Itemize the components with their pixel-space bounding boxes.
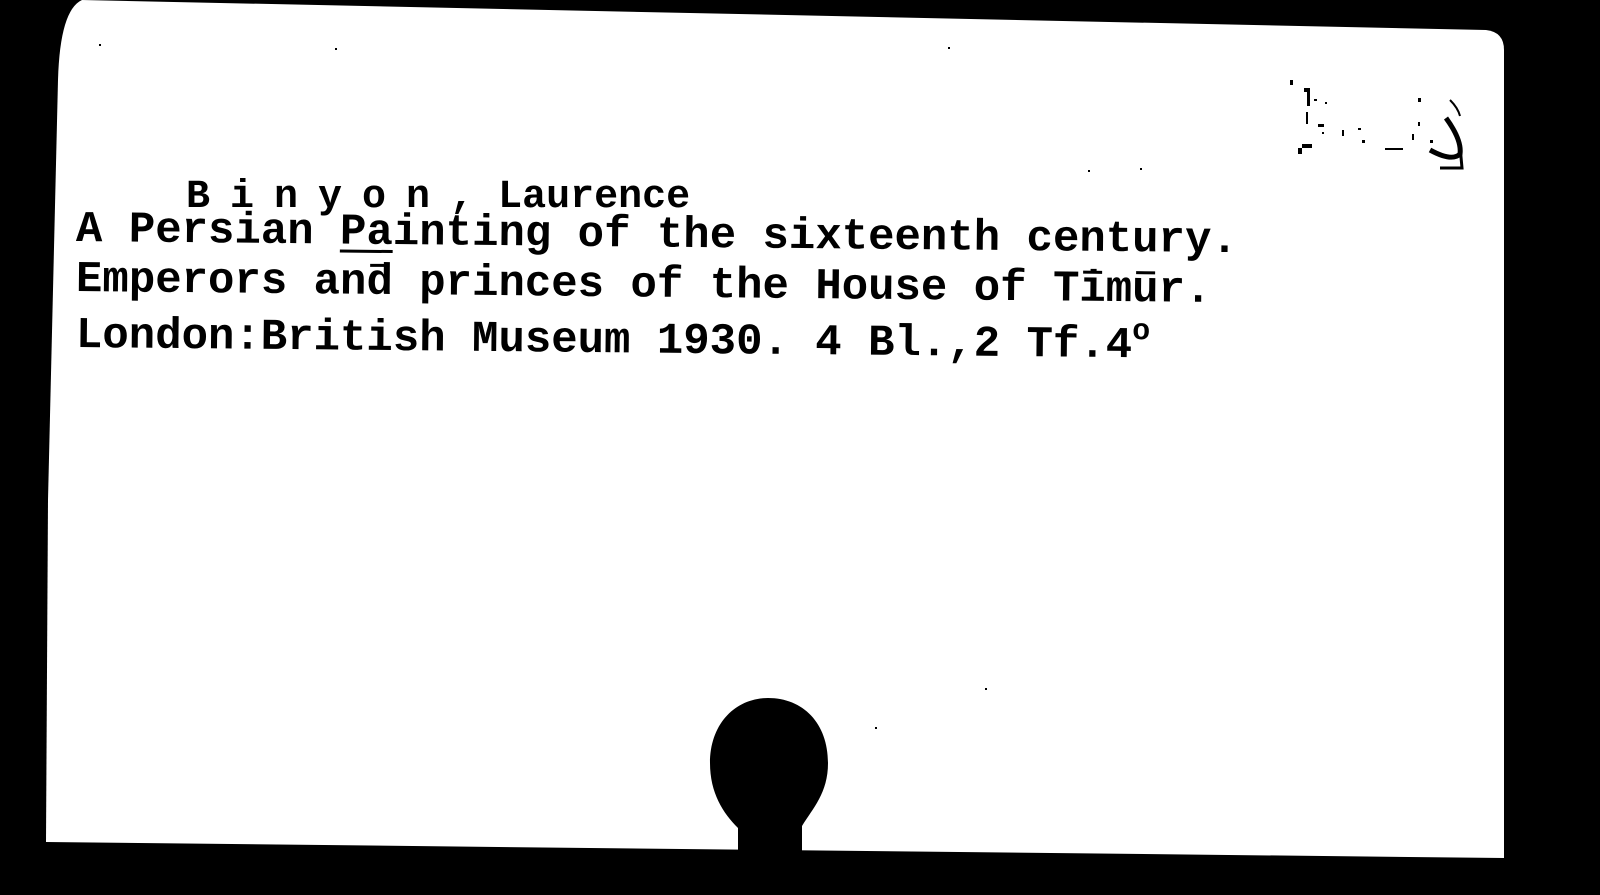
scan-speck <box>875 727 877 729</box>
scan-speck <box>948 47 950 49</box>
subtitle-text: princes of the House of T <box>393 258 1080 315</box>
scan-speck <box>335 48 337 50</box>
imprint-text: London:British Museum 1930. 4 Bl.,2 Tf.4 <box>76 311 1133 371</box>
subtitle-text: m <box>1105 265 1132 315</box>
d-with-macron: d <box>366 258 393 308</box>
faint-stamp-mark <box>1290 80 1470 170</box>
scan-speck <box>1140 168 1142 170</box>
i-with-macron: i <box>1079 265 1106 315</box>
scan-speck <box>1088 170 1090 172</box>
title-text-rest: inting of the sixteenth century. <box>393 208 1238 266</box>
title-text: A Persian <box>76 205 341 258</box>
rod-hole <box>708 698 830 895</box>
imprint-line: London:British Museum 1930. 4 Bl.,2 Tf.4… <box>76 305 1151 371</box>
scan-speck <box>99 44 101 46</box>
underlined-filing-letters: Pa <box>340 208 393 259</box>
scan-speck <box>985 688 987 690</box>
subtitle-text: Emperors an <box>76 255 367 308</box>
format-superscript: o <box>1132 315 1150 349</box>
u-with-macron: u <box>1132 265 1159 315</box>
subtitle-text: r. <box>1158 265 1211 316</box>
